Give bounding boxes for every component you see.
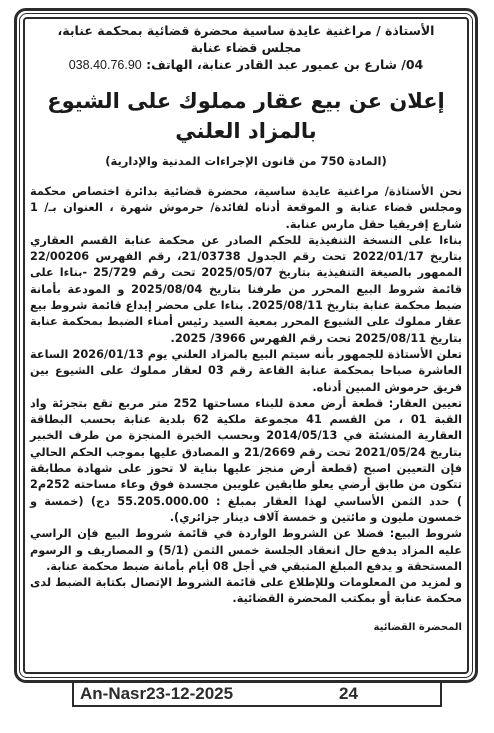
bailiff-name: الأستاذة / مراغنية عايدة ساسية محضرة قضا…	[30, 22, 462, 39]
legal-reference: (المادة 750 من قانون الإجراءات المدنية و…	[30, 152, 462, 170]
paragraph-basis: بناءا على النسخة التنفيذية للحكم الصادر …	[30, 233, 462, 347]
paragraph-announcement: تعلن الأستاذة للجمهور بأنه سيتم البيع با…	[30, 347, 462, 396]
signature: المحضرة القضائية	[30, 622, 462, 633]
notice-title: إعلان عن بيع عقار مملوك على الشيوع بالمز…	[30, 86, 462, 146]
bailiff-address: 04/ شارع بن عميور عبد القادر عنابة، الها…	[30, 56, 462, 74]
page-number: 24	[339, 683, 358, 704]
bailiff-header: الأستاذة / مراغنية عايدة ساسية محضرة قضا…	[30, 22, 462, 74]
paragraph-sale-conditions: شروط البيع: فضلا عن الشروط الواردة في قا…	[30, 526, 462, 575]
paragraph-property-description: تعيين العقار: قطعة أرض معدة للبناء مساحت…	[30, 396, 462, 526]
phone-number: 038.40.76.90	[69, 58, 142, 72]
newspaper-issue: An-Nasr23-12-2025	[80, 683, 233, 704]
court-council: مجلس قضاء عنابة	[30, 39, 462, 56]
publication-footer: An-Nasr23-12-2025 24	[72, 681, 442, 707]
paragraph-intro: نحن الأستاذة/ مراغنية عايدة ساسية، محضرة…	[30, 184, 462, 233]
address-text: 04/ شارع بن عميور عبد القادر عنابة، الها…	[146, 57, 423, 72]
notice-body: نحن الأستاذة/ مراغنية عايدة ساسية، محضرة…	[30, 184, 462, 608]
notice-content: الأستاذة / مراغنية عايدة ساسية محضرة قضا…	[30, 22, 462, 633]
paragraph-contact-info: و لمزيد من المعلومات وللإطلاع على قائمة …	[30, 575, 462, 608]
